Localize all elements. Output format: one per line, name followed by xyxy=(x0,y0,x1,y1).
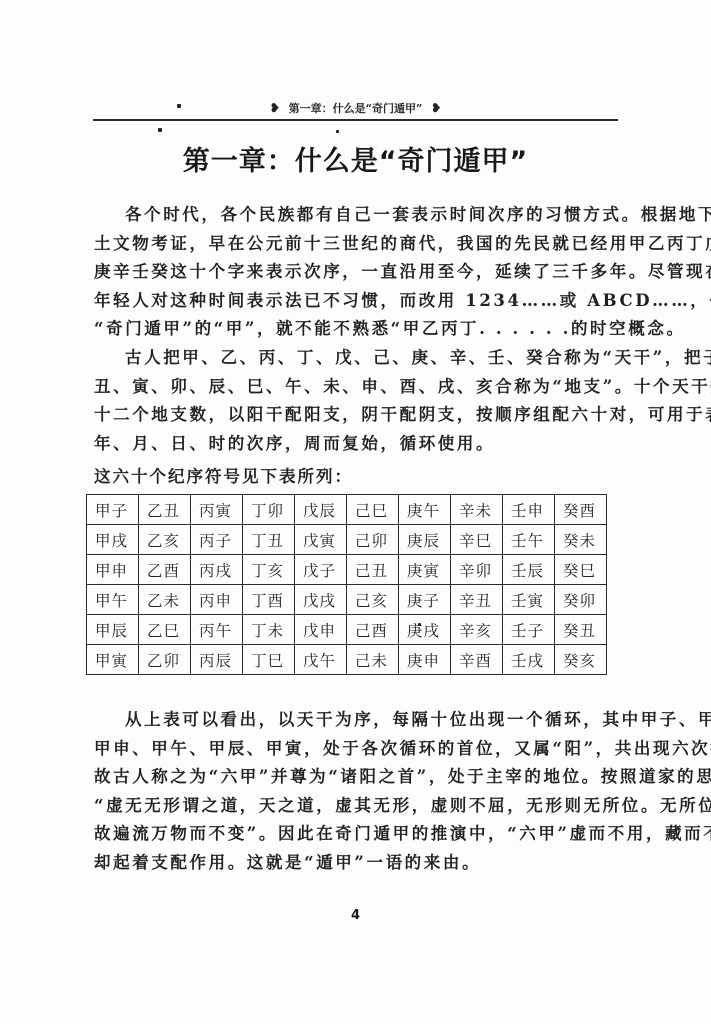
table-cell: 壬午 xyxy=(503,525,555,555)
table-cell: 甲子 xyxy=(87,495,139,525)
table-cell: 辛酉 xyxy=(451,645,503,675)
ornament-left-icon: ❥ xyxy=(270,101,280,115)
table-cell: 乙未 xyxy=(139,585,191,615)
table-cell: 癸巳 xyxy=(555,555,607,585)
text-line: 年、月、日、时的次序，周而复始，循环使用。 xyxy=(94,430,616,459)
text-line: 年轻人对这种时间表示法已不习惯，而改用 1234……或 ABCD……，但为了了解 xyxy=(94,287,616,316)
table-cell: 丁卯 xyxy=(243,495,295,525)
table-cell: 庚申 xyxy=(399,645,451,675)
table-cell: 己亥 xyxy=(347,585,399,615)
table-cell: 丙午 xyxy=(191,615,243,645)
table-cell: 辛未 xyxy=(451,495,503,525)
table-cell: 丙戌 xyxy=(191,555,243,585)
table-cell: 戊辰 xyxy=(295,495,347,525)
table-cell: 壬寅 xyxy=(503,585,555,615)
table-cell: 丁未 xyxy=(243,615,295,645)
table-cell: 丁酉 xyxy=(243,585,295,615)
table-cell: 壬辰 xyxy=(503,555,555,585)
page-number: 4 xyxy=(0,908,711,923)
text-line: 却起着支配作用。这就是“遁甲”一语的来由。 xyxy=(94,849,616,878)
table-cell: 己卯 xyxy=(347,525,399,555)
table-cell: 辛卯 xyxy=(451,555,503,585)
table-cell: 乙卯 xyxy=(139,645,191,675)
table-cell: 庚午 xyxy=(399,495,451,525)
table-cell: 丁亥 xyxy=(243,555,295,585)
table-cell: 丙辰 xyxy=(191,645,243,675)
table-row: 甲子 乙丑 丙寅 丁卯 戊辰 己巳 庚午 辛未 壬申 癸酉 xyxy=(87,495,607,525)
running-header: ❥ 第一章：什么是“奇门遁甲” ❥ xyxy=(93,99,618,119)
table-cell: 庚子 xyxy=(399,585,451,615)
text-line: 土文物考证，早在公元前十三世纪的商代，我国的先民就已经用甲乙丙丁戊己 xyxy=(94,230,616,259)
table-cell: 甲申 xyxy=(87,555,139,585)
table-cell: 甲午 xyxy=(87,585,139,615)
table-cell: 丙子 xyxy=(191,525,243,555)
table-row: 甲申 乙酉 丙戌 丁亥 戊子 己丑 庚寅 辛卯 壬辰 癸巳 xyxy=(87,555,607,585)
table-cell: 己丑 xyxy=(347,555,399,585)
table-cell: 甲戌 xyxy=(87,525,139,555)
text-line: “奇门遁甲”的“甲”，就不能不熟悉“甲乙丙丁. . . . . .的时空概念。 xyxy=(94,315,616,344)
table-cell: 己巳 xyxy=(347,495,399,525)
table-cell: 辛巳 xyxy=(451,525,503,555)
ornament-right-icon: ❥ xyxy=(431,101,441,115)
scan-speck xyxy=(336,130,339,133)
text-line: 故古人称之为“六甲”并尊为“诸阳之首”，处于主宰的地位。按照道家的思想， xyxy=(94,763,616,792)
running-header-text: 第一章：什么是“奇门遁甲” xyxy=(289,102,423,115)
table-cell: 丙申 xyxy=(191,585,243,615)
text-line: 十二个地支数，以阳干配阳支，阴干配阴支，按顺序组配六十对，可用于表示 xyxy=(94,401,616,430)
table-cell: 癸丑 xyxy=(555,615,607,645)
table-cell: 辛丑 xyxy=(451,585,503,615)
paragraph-six-jia: 从上表可以看出，以天干为序，每隔十位出现一个循环，其中甲子、甲戌、 甲申、甲午、… xyxy=(94,706,616,878)
table-cell: 乙亥 xyxy=(139,525,191,555)
table-row: 甲寅 乙卯 丙辰 丁巳 戊午 己未 庚申 辛酉 壬戌 癸亥 xyxy=(87,645,607,675)
table-cell: 戊寅 xyxy=(295,525,347,555)
header-rule xyxy=(93,119,618,121)
table-cell: 庚戌 xyxy=(399,615,451,645)
table-cell: 甲寅 xyxy=(87,645,139,675)
table-cell: 癸酉 xyxy=(555,495,607,525)
text-line: “虚无无形谓之道，天之道，虚其无形，虚则不屈，无形则无所位。无所位， xyxy=(94,792,616,821)
table-cell: 戊申 xyxy=(295,615,347,645)
table-cell: 壬申 xyxy=(503,495,555,525)
table-cell: 戊午 xyxy=(295,645,347,675)
table-cell: 丁丑 xyxy=(243,525,295,555)
table-cell: 己未 xyxy=(347,645,399,675)
text-line: 故遍流万物而不变”。因此在奇门遁甲的推演中，“六甲”虚而不用，藏而不现， xyxy=(94,820,616,849)
table-cell: 癸亥 xyxy=(555,645,607,675)
table-cell: 庚寅 xyxy=(399,555,451,585)
table-cell: 戊戌 xyxy=(295,585,347,615)
table-cell: 辛亥 xyxy=(451,615,503,645)
table-row: 甲午 乙未 丙申 丁酉 戊戌 己亥 庚子 辛丑 壬寅 癸卯 xyxy=(87,585,607,615)
table-row: 甲戌 乙亥 丙子 丁丑 戊寅 己卯 庚辰 辛巳 壬午 癸未 xyxy=(87,525,607,555)
table-cell: 癸卯 xyxy=(555,585,607,615)
table-cell: 壬子 xyxy=(503,615,555,645)
table-cell: 己酉 xyxy=(347,615,399,645)
text-line: 丑、寅、卯、辰、巳、午、未、申、酉、戌、亥合称为“地支”。十个天干数与 xyxy=(94,373,616,402)
table-cell: 乙酉 xyxy=(139,555,191,585)
text-line: 从上表可以看出，以天干为序，每隔十位出现一个循环，其中甲子、甲戌、 xyxy=(94,706,616,735)
text-line: 甲申、甲午、甲辰、甲寅，处于各次循环的首位，又属“阳”，共出现六次循环， xyxy=(94,735,616,764)
text-line: 庚辛壬癸这十个字来表示次序，一直沿用至今，延续了三千多年。尽管现在的 xyxy=(94,258,616,287)
table-cell: 乙丑 xyxy=(139,495,191,525)
chapter-title: 第一章：什么是“奇门遁甲” xyxy=(0,144,711,180)
paragraph-intro: 各个时代，各个民族都有自己一套表示时间次序的习惯方式。根据地下出 土文物考证，早… xyxy=(94,201,616,344)
table-cell: 癸未 xyxy=(555,525,607,555)
paragraph-stems-branches: 古人把甲、乙、丙、丁、戊、己、庚、辛、壬、癸合称为“天干”，把子、 丑、寅、卯、… xyxy=(94,344,616,458)
table-cell: 乙巳 xyxy=(139,615,191,645)
table-cell: 戊子 xyxy=(295,555,347,585)
text-line: 古人把甲、乙、丙、丁、戊、己、庚、辛、壬、癸合称为“天干”，把子、 xyxy=(94,344,616,373)
table-caption: 这六十个纪序符号见下表所列： xyxy=(94,465,353,489)
table-cell: 甲辰 xyxy=(87,615,139,645)
table-cell: 丙寅 xyxy=(191,495,243,525)
table-cell: 庚辰 xyxy=(399,525,451,555)
table-cell: 壬戌 xyxy=(503,645,555,675)
scan-speck xyxy=(158,128,162,132)
table-cell: 丁巳 xyxy=(243,645,295,675)
table-row: 甲辰 乙巳 丙午 丁未 戊申 己酉 庚戌 辛亥 壬子 癸丑 xyxy=(87,615,607,645)
text-line: 各个时代，各个民族都有自己一套表示时间次序的习惯方式。根据地下出 xyxy=(94,201,616,230)
sexagenary-cycle-table: 甲子 乙丑 丙寅 丁卯 戊辰 己巳 庚午 辛未 壬申 癸酉 甲戌 乙亥 丙子 丁… xyxy=(86,494,607,675)
